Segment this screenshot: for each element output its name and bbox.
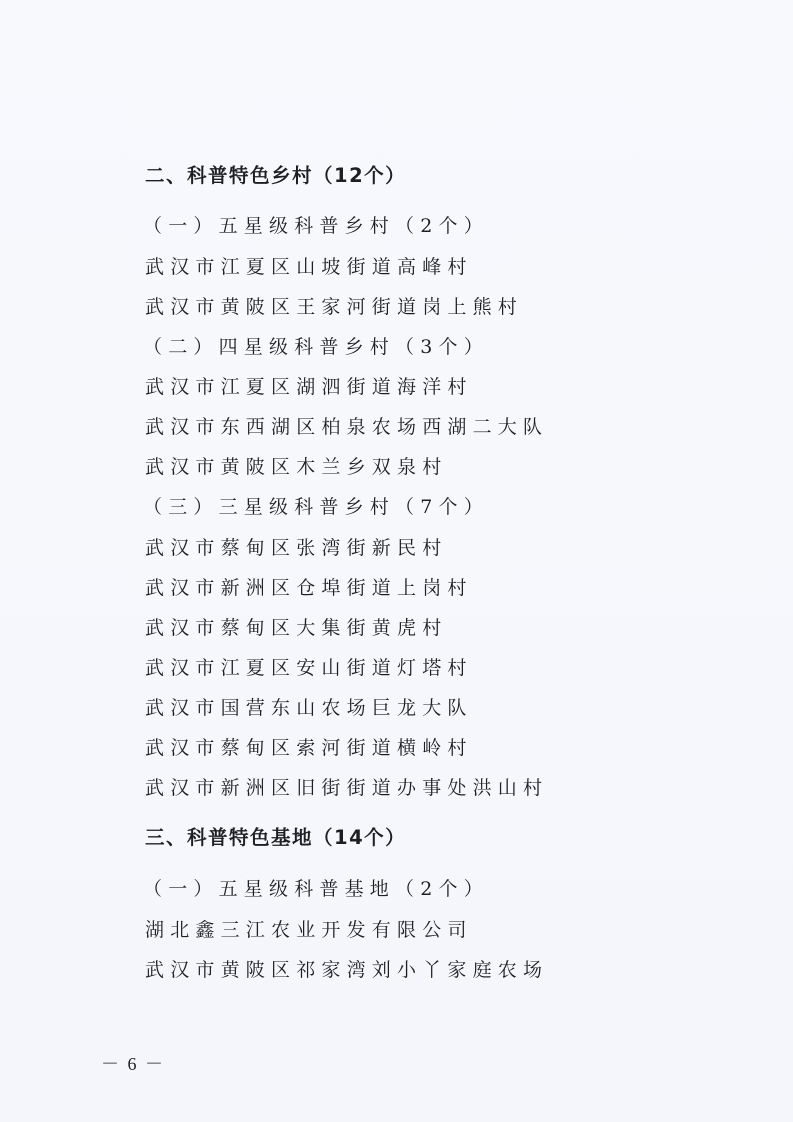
list-item: 武汉市新洲区旧街街道办事处洪山村 [145, 776, 548, 800]
list-item: 湖北鑫三江农业开发有限公司 [145, 918, 473, 942]
list-item: 武汉市江夏区山坡街道高峰村 [145, 255, 473, 279]
section-title-villages: 二、科普特色乡村（12个） [145, 164, 406, 188]
list-item: 武汉市蔡甸区索河街道横岭村 [145, 736, 473, 760]
list-item: 武汉市蔡甸区大集街黄虎村 [145, 616, 447, 640]
list-item: 武汉市国营东山农场巨龙大队 [145, 696, 473, 720]
group-heading-five-star-villages: （一）五星级科普乡村（2个） [143, 214, 489, 238]
list-item: 武汉市江夏区湖泗街道海洋村 [145, 375, 473, 399]
document-page: 二、科普特色乡村（12个） （一）五星级科普乡村（2个） 武汉市江夏区山坡街道高… [0, 0, 793, 1122]
list-item: 武汉市黄陂区王家河街道岗上熊村 [145, 295, 523, 319]
section-title-bases: 三、科普特色基地（14个） [145, 826, 406, 850]
group-heading-three-star-villages: （三）三星级科普乡村（7个） [143, 495, 489, 519]
list-item: 武汉市蔡甸区张湾街新民村 [145, 536, 447, 560]
group-heading-five-star-bases: （一）五星级科普基地（2个） [143, 877, 489, 901]
list-item: 武汉市黄陂区祁家湾刘小丫家庭农场 [145, 958, 548, 982]
list-item: 武汉市新洲区仓埠街道上岗村 [145, 576, 473, 600]
page-number: － 6 － [101, 1053, 165, 1075]
list-item: 武汉市黄陂区木兰乡双泉村 [145, 455, 447, 479]
group-heading-four-star-villages: （二）四星级科普乡村（3个） [143, 335, 489, 359]
list-item: 武汉市江夏区安山街道灯塔村 [145, 656, 473, 680]
list-item: 武汉市东西湖区柏泉农场西湖二大队 [145, 415, 548, 439]
